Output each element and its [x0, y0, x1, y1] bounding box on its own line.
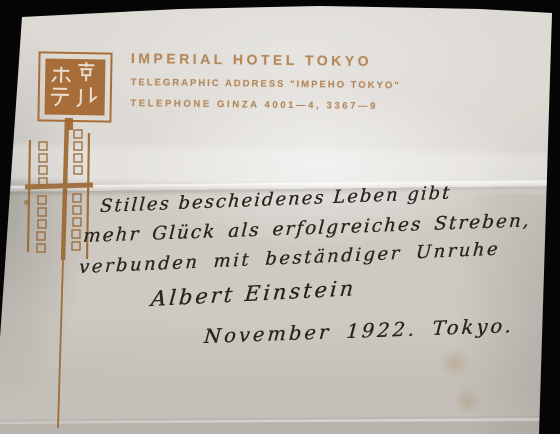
- signature: Albert Einstein: [150, 276, 357, 311]
- letterhead-block: IMPERIAL HOTEL TOKYO TELEGRAPHIC ADDRESS…: [130, 50, 461, 113]
- letterhead-telephone: TELEPHONE GINZA 4001—4, 3367—9: [130, 98, 460, 113]
- paper-stain: [438, 348, 472, 378]
- dateline: November 1922. Tokyo.: [203, 314, 515, 348]
- logo-kanji-panel: [45, 58, 106, 115]
- letterhead-telegraphic-address: TELEGRAPHIC ADDRESS "IMPEHO TOKYO": [131, 77, 461, 92]
- photo-backdrop: IMPERIAL HOTEL TOKYO TELEGRAPHIC ADDRESS…: [0, 0, 560, 434]
- letterhead-hotel-name: IMPERIAL HOTEL TOKYO: [131, 50, 461, 70]
- logo-kanji-strokes: [45, 58, 102, 111]
- letter-paper: IMPERIAL HOTEL TOKYO TELEGRAPHIC ADDRESS…: [0, 0, 560, 434]
- paper-stain: [452, 388, 482, 414]
- handwritten-note-line-1: Stilles bescheidenes Leben gibt: [99, 182, 452, 217]
